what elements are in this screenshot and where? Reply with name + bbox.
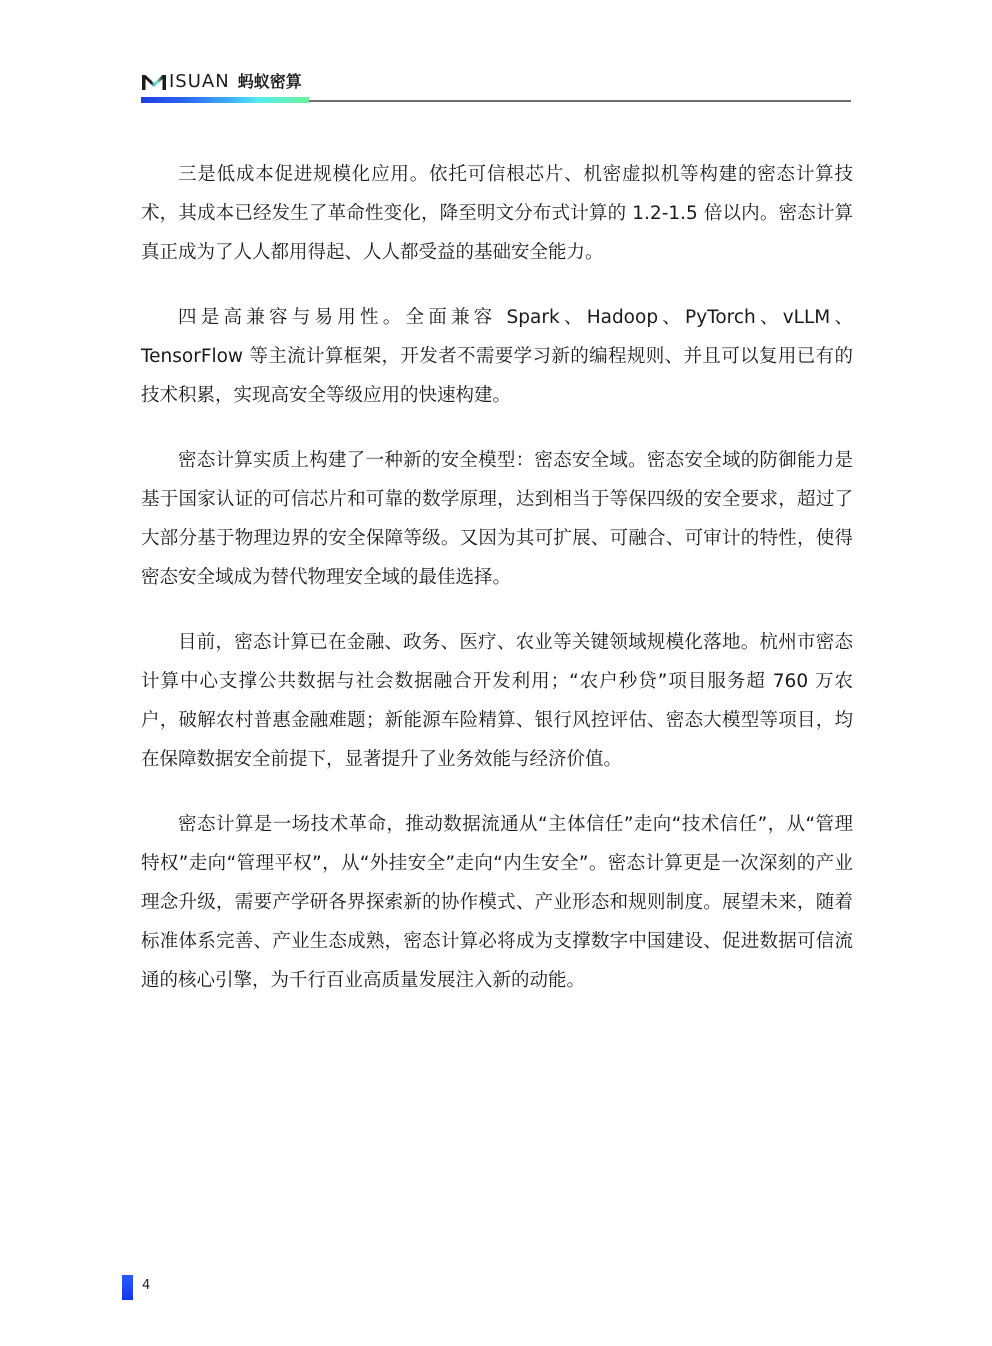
paragraph-applications: 目前，密态计算已在金融、政务、医疗、农业等关键领域规模化落地。杭州市密态计算中心… — [141, 623, 853, 779]
logo-text: ISUAN — [169, 73, 230, 91]
paragraph-security-model: 密态计算实质上构建了一种新的安全模型：密态安全域。密态安全域的防御能力是基于国家… — [141, 441, 853, 597]
logo-m-icon — [141, 73, 167, 91]
document-body: 三是低成本促进规模化应用。依托可信根芯片、机密虚拟机等构建的密态计算技术，其成本… — [141, 155, 853, 1026]
paragraph-outlook: 密态计算是一场技术革命，推动数据流通从“主体信任”走向“技术信任”，从“管理特权… — [141, 805, 853, 1000]
header-divider-line — [309, 100, 851, 102]
logo-chinese-name: 蚂蚁密算 — [238, 73, 302, 91]
page-header: ISUAN 蚂蚁密算 — [141, 70, 851, 106]
header-gradient-bar — [141, 97, 309, 103]
misuan-logo: ISUAN 蚂蚁密算 — [141, 70, 302, 94]
footer-accent-mark — [122, 1275, 133, 1300]
paragraph-compatibility: 四是高兼容与易用性。全面兼容 Spark、Hadoop、PyTorch、vLLM… — [141, 298, 853, 415]
page-number: 4 — [142, 1278, 150, 1293]
paragraph-low-cost: 三是低成本促进规模化应用。依托可信根芯片、机密虚拟机等构建的密态计算技术，其成本… — [141, 155, 853, 272]
